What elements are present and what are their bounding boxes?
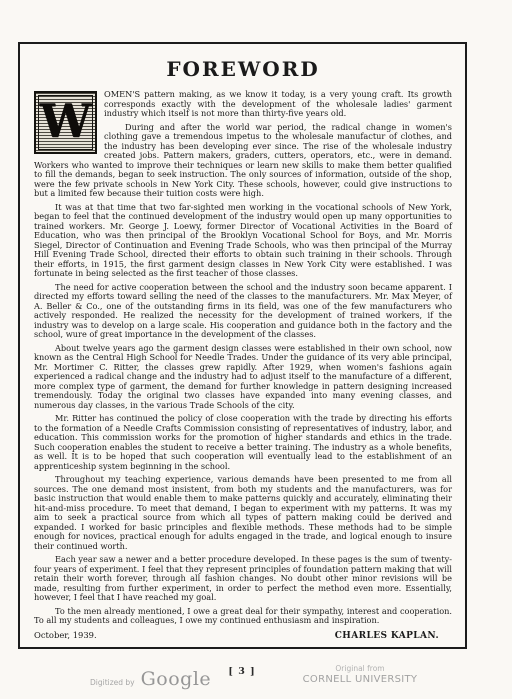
dateline: October, 1939. [34,631,97,641]
institution-name: CORNELL UNIVERSITY [295,674,425,685]
foreword-body: W OMEN'S pattern making, as we know it t… [34,90,452,641]
digitized-by-watermark: Digitized by Google [90,668,211,690]
original-from-watermark: Original from CORNELL UNIVERSITY [295,664,425,685]
signature-row: October, 1939. CHARLES KAPLAN. [34,631,452,642]
digitized-by-label: Digitized by [90,678,135,687]
original-from-label: Original from [295,664,425,673]
google-logo: Google [141,668,212,690]
paragraph-4: The need for active cooperation between … [34,283,452,340]
page-title: FOREWORD [34,57,452,81]
paragraph-3: It was at that time that two far-sighted… [34,203,452,279]
drop-cap-inner-frame: W [38,95,93,150]
drop-cap-letter: W [40,98,92,144]
page-number: [ 3 ] [224,666,260,677]
drop-cap-box: W [34,91,97,154]
page-border-frame: FOREWORD W OMEN'S pattern making, as we … [18,42,467,649]
paragraph-8: Each year saw a newer and a better proce… [34,555,452,603]
paragraph-5: About twelve years ago the garment desig… [34,344,452,411]
paragraph-6: Mr. Ritter has continued the policy of c… [34,414,452,471]
paragraph-9: To the men already mentioned, I owe a gr… [34,607,452,626]
paragraph-7: Throughout my teaching experience, vario… [34,475,452,551]
scan-footer: Digitized by Google [ 3 ] Original from … [0,656,512,699]
author-signature: CHARLES KAPLAN. [335,632,439,642]
